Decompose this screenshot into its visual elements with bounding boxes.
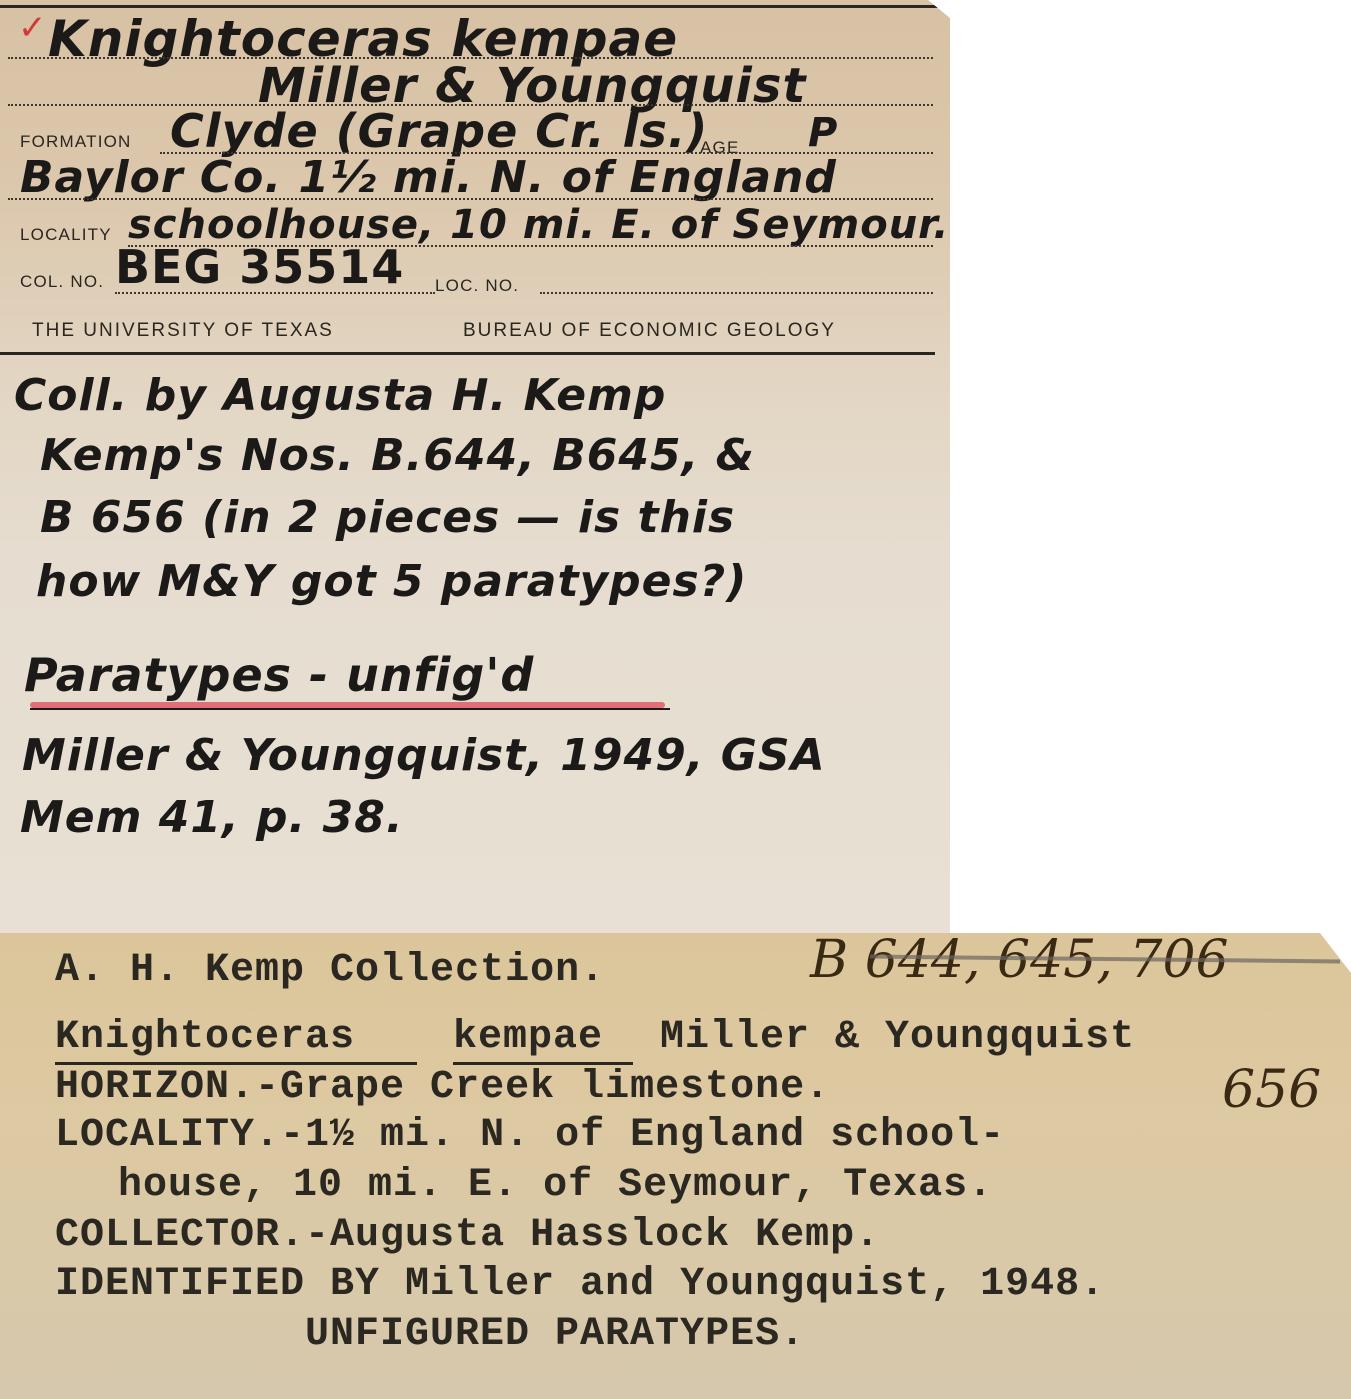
identified-line: IDENTIFIED BY Miller and Youngquist, 194… xyxy=(55,1262,1105,1307)
collection-name: A. H. Kemp Collection. xyxy=(55,948,605,993)
locality-line-2: house, 10 mi. E. of Seymour, Texas. xyxy=(118,1163,993,1208)
specimen-card: ✓ Knightoceras kempae Miller & Youngquis… xyxy=(0,0,950,933)
formation-value: Clyde (Grape Cr. ls.) xyxy=(170,104,708,158)
age-value: P xyxy=(808,110,838,156)
loc-no-label: LOC. NO. xyxy=(435,276,519,296)
locality-label: LOCALITY xyxy=(20,225,112,245)
dotted-line xyxy=(8,198,933,200)
reference-line: Mem 41, p. 38. xyxy=(20,792,404,843)
col-no-value: BEG 35514 xyxy=(115,240,404,294)
card-divider xyxy=(0,352,935,355)
bureau-name: BUREAU OF ECONOMIC GEOLOGY xyxy=(463,320,836,342)
card-top-border xyxy=(0,5,940,8)
collector-line: COLLECTOR.-Augusta Hasslock Kemp. xyxy=(55,1213,880,1258)
formation-label: FORMATION xyxy=(20,132,132,152)
handwritten-656: 656 xyxy=(1222,1060,1321,1120)
locality-line-1: Baylor Co. 1½ mi. N. of England xyxy=(20,152,837,203)
university-name: THE UNIVERSITY OF TEXAS xyxy=(32,320,334,342)
note-line: B 656 (in 2 pieces — is this xyxy=(40,492,735,543)
taxon-authors: Miller & Youngquist xyxy=(660,1015,1135,1060)
note-line: Coll. by Augusta H. Kemp xyxy=(14,370,666,421)
dotted-line xyxy=(540,292,933,294)
col-no-label: COL. NO. xyxy=(20,272,104,292)
note-line: how M&Y got 5 paratypes?) xyxy=(36,556,747,607)
dotted-line xyxy=(115,292,435,294)
locality-line-1: LOCALITY.-1½ mi. N. of England school- xyxy=(55,1113,1005,1158)
ink-underline xyxy=(30,708,670,710)
check-mark-icon: ✓ xyxy=(18,8,47,48)
horizon-line: HORIZON.-Grape Creek limestone. xyxy=(55,1065,830,1110)
taxon-species: kempae xyxy=(453,1015,603,1060)
taxon-genus: Knightoceras xyxy=(55,1015,355,1060)
paratypes-heading: Paratypes - unfig'd xyxy=(24,648,534,702)
status-line: UNFIGURED PARATYPES. xyxy=(305,1312,805,1357)
note-line: Kemp's Nos. B.644, B645, & xyxy=(40,430,755,481)
reference-line: Miller & Youngquist, 1949, GSA xyxy=(22,730,826,781)
